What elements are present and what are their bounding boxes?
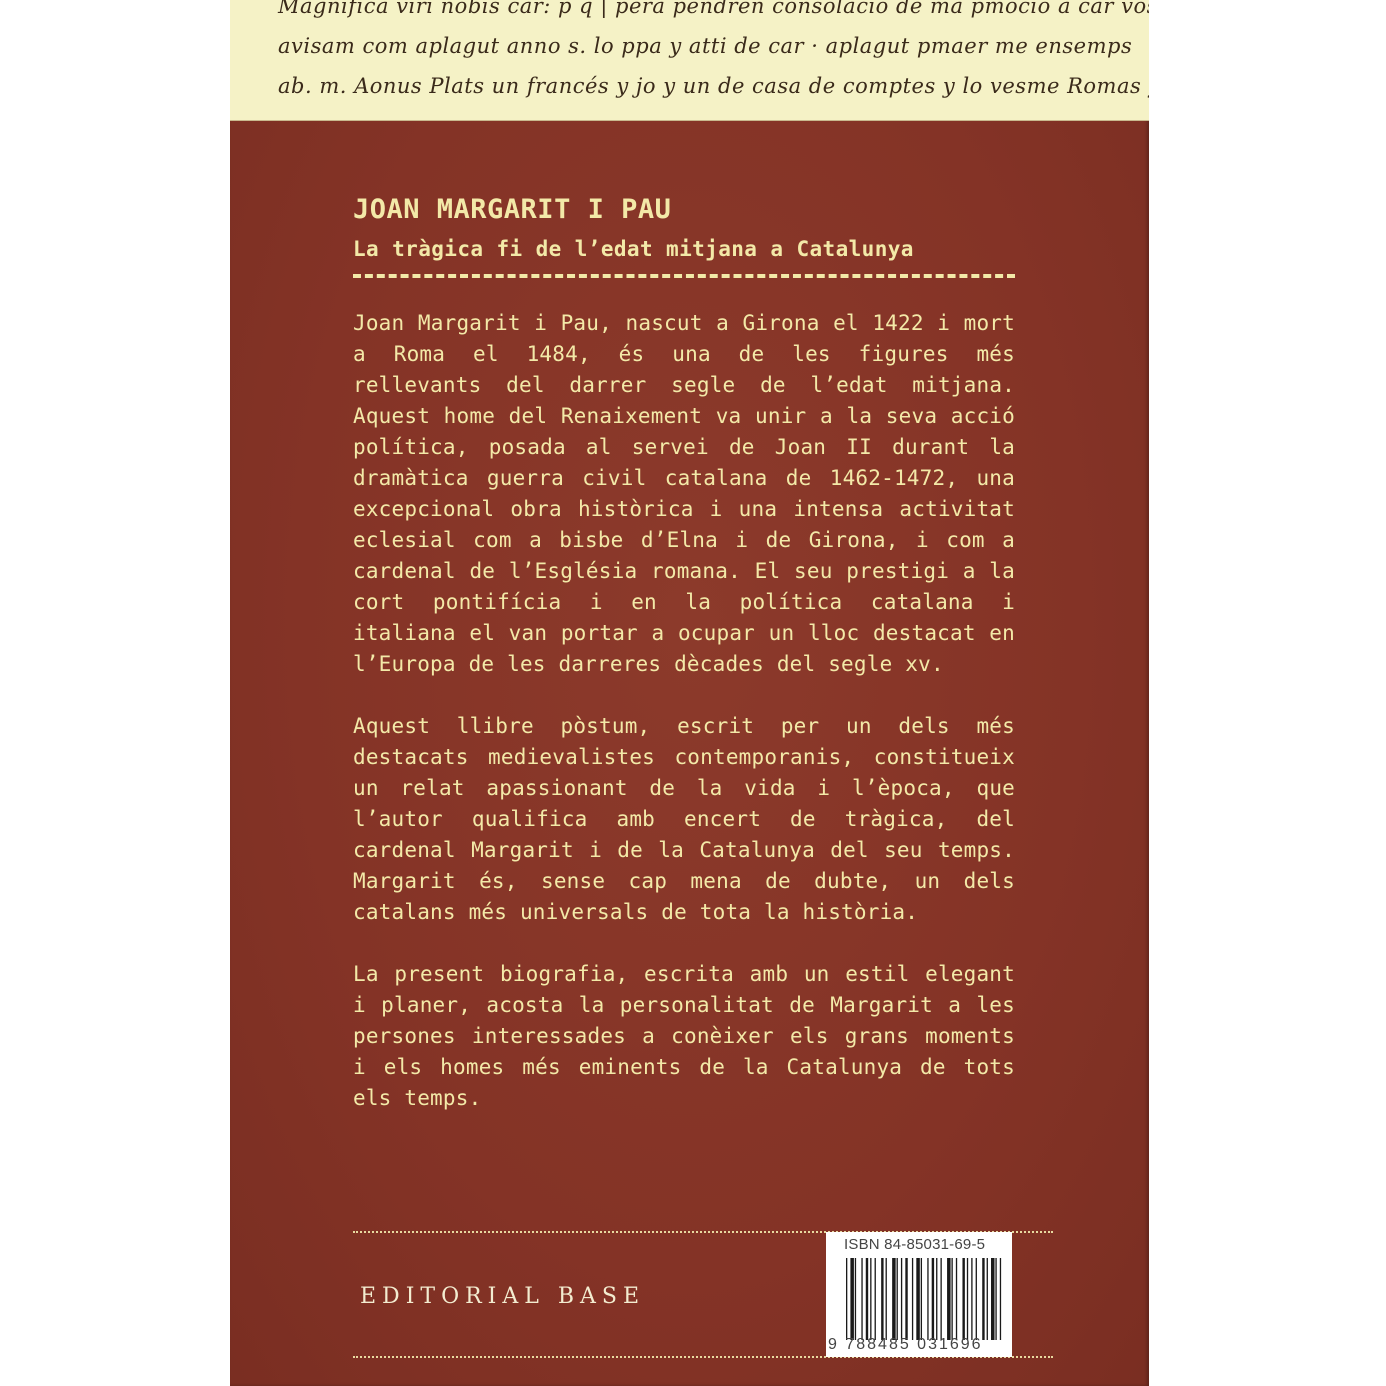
barcode-panel: ISBN 84-85031-69-5 9 788485 031696 [826, 1232, 1012, 1357]
barcode-icon [846, 1258, 1002, 1340]
manuscript-line: Magnifica viri nobis car: p q | pera pen… [278, 0, 1149, 18]
manuscript-band: Magnifica viri nobis car: p q | pera pen… [230, 0, 1149, 121]
blurb-paragraph: Aquest llibre pòstum, escrit per un dels… [353, 711, 1015, 928]
blurb-content: JOAN MARGARIT I PAU La tràgica fi de l’e… [353, 188, 1015, 1114]
book-back-cover: Magnifica viri nobis car: p q | pera pen… [230, 0, 1149, 1386]
blurb-paragraph: Joan Margarit i Pau, nascut a Girona el … [353, 308, 1015, 680]
publisher-name: EDITORIAL BASE [360, 1284, 645, 1309]
manuscript-line: ab. m. Aonus Plats un francés y jo y un … [278, 74, 1149, 98]
manuscript-line: avisam com aplagut anno s. lo ppa y atti… [278, 34, 1132, 58]
title-divider [353, 274, 1015, 278]
book-subtitle: La tràgica fi de l’edat mitjana a Catalu… [353, 232, 1015, 266]
isbn-label: ISBN 84-85031-69-5 [844, 1236, 985, 1253]
book-title: JOAN MARGARIT I PAU [353, 188, 1015, 232]
blurb-paragraph: La present biografia, escrita amb un est… [353, 959, 1015, 1114]
ean-number: 9 788485 031696 [828, 1336, 1008, 1354]
